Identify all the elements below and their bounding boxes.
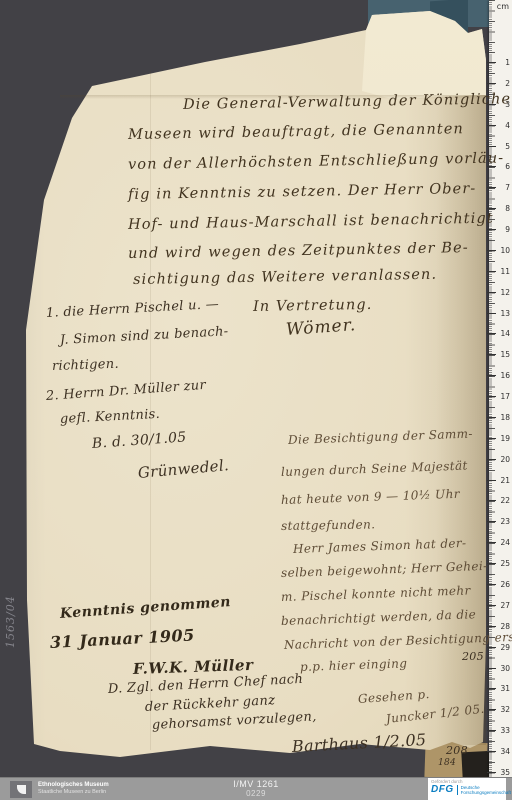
- manuscript-line: Wömer.: [285, 315, 357, 340]
- manuscript-line: Barthaus 1/2.05: [292, 730, 427, 756]
- dfg-full-name: Deutsche Forschungsgemeinschaft: [461, 785, 501, 795]
- manuscript-line: 31 Januar 1905: [50, 625, 196, 652]
- manuscript-line: Die Besichtigung der Samm-: [288, 427, 473, 447]
- manuscript-line: lungen durch Seine Majestät: [281, 458, 468, 479]
- manuscript-line: J. Simon sind zu benach-: [60, 324, 229, 348]
- dfg-name-line2: Forschungsgemeinschaft: [461, 790, 511, 795]
- manuscript-line: 205: [462, 650, 484, 663]
- footer-bar: Ethnologisches Museum Staatliche Museen …: [0, 777, 512, 800]
- manuscript-line: Kenntnis genommen: [59, 594, 231, 622]
- manuscript-line: gefl. Kenntnis.: [60, 407, 161, 427]
- manuscript-line: Hof- und Haus-Marschall ist benachrichti…: [128, 211, 494, 233]
- manuscript-line: Die General-Verwaltung der Königlichen: [183, 91, 512, 113]
- manuscript-line: Grünwedel.: [137, 456, 229, 482]
- manuscript-line: Nachricht von der Besichtigung erst: [284, 630, 512, 652]
- manuscript-line: m. Pischel konnte nicht mehr: [281, 583, 471, 604]
- manuscript-line: fig in Kenntnis zu setzen. Der Herr Ober…: [128, 181, 477, 203]
- manuscript-line: 208: [446, 744, 468, 757]
- manuscript-line: von der Allerhöchsten Entschließung vorl…: [128, 150, 505, 173]
- manuscript-line: p.p. hier einging: [300, 656, 408, 674]
- manuscript-line: Herr James Simon hat der-: [293, 536, 467, 556]
- manuscript-text-layer: Die General-Verwaltung der KöniglichenMu…: [0, 0, 512, 800]
- manuscript-line: 2. Herrn Dr. Müller zur: [45, 378, 206, 404]
- dfg-logo: Gefördert durch DFG Deutsche Forschungsg…: [428, 778, 506, 800]
- scan-viewer-page: 1563/04 Die General-Verwaltung der König…: [0, 0, 512, 800]
- manuscript-line: 184: [438, 758, 456, 768]
- manuscript-line: hat heute von 9 — 10½ Uhr: [281, 487, 460, 507]
- manuscript-line: benachrichtigt werden, da die: [281, 607, 477, 628]
- manuscript-line: Gesehen p.: [358, 687, 431, 706]
- manuscript-line: In Vertretung.: [253, 297, 373, 315]
- manuscript-line: 1. die Herrn Pischel u. —: [46, 297, 220, 321]
- manuscript-line: Museen wird beauftragt, die Genannten: [128, 121, 464, 143]
- dfg-logo-row: DFG Deutsche Forschungsgemeinschaft: [431, 785, 503, 795]
- manuscript-line: stattgefunden.: [281, 517, 376, 533]
- dfg-abbr: DFG: [431, 785, 458, 795]
- manuscript-line: richtigen.: [52, 357, 119, 374]
- manuscript-line: und wird wegen des Zeitpunktes der Be-: [128, 240, 469, 262]
- manuscript-line: sichtigung das Weitere veranlassen.: [133, 267, 437, 288]
- manuscript-line: Juncker 1/2 05.: [385, 702, 485, 726]
- manuscript-line: selben beigewohnt; Herr Gehei-: [281, 559, 488, 580]
- manuscript-line: B. d. 30/1.05: [91, 429, 187, 452]
